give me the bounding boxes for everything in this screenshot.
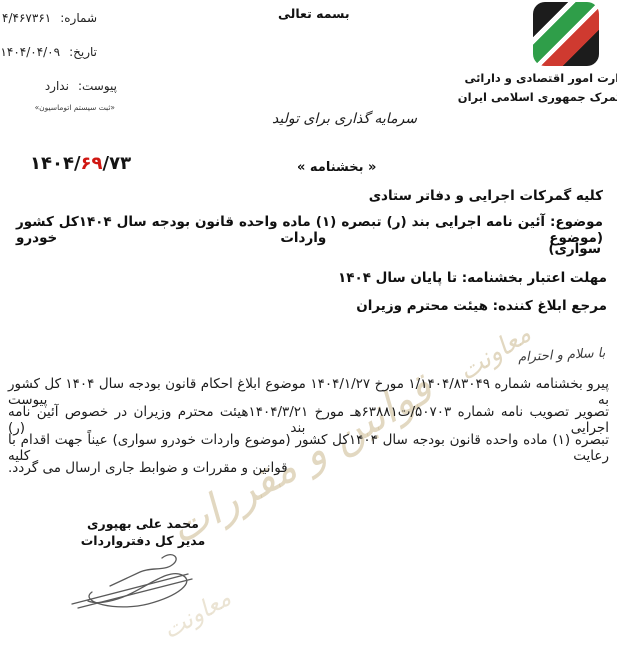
circular-ref-number: ۱۴۰۴/۶۹/۷۳ (30, 153, 131, 174)
doc-attachment-value: ندارد (45, 79, 69, 93)
automation-note: «ثبت سیستم اتوماسیون» (35, 103, 115, 112)
subject-line-1: موضوع: آئین نامه اجرایی بند (ر) تبصره (۱… (16, 214, 603, 246)
slogan-text: سرمایه گذاری برای تولید (272, 111, 417, 127)
doc-date-value: ۱۴۰۴/۰۴/۰۹ (0, 45, 60, 59)
signatory-name: محمد علی بهپوری (78, 516, 208, 531)
customs-name-line: گمرک جمهوری اسلامی ایران (458, 90, 617, 104)
ministry-name-line: وزارت امور اقتصادی و دارائی (464, 71, 617, 85)
doc-number-label: شماره: (60, 11, 97, 25)
doc-date-row: تاریخ:۱۴۰۴/۰۴/۰۹ (0, 45, 97, 59)
circular-document-page: معاونت قوانین و مقررات معاونت شماره:۱۴۰۴… (0, 0, 617, 651)
addressee-line: کلیه گمرکات اجرایی و دفاتر ستادی (369, 188, 603, 204)
doc-attachment-row: پیوست:ندارد (45, 79, 117, 93)
validity-line: مهلت اعتبار بخشنامه: تا پایان سال ۱۴۰۴ (338, 270, 607, 286)
circular-title: « بخشنامه » (297, 160, 376, 175)
bismillah-text: بسمه تعالی (278, 6, 350, 21)
doc-attachment-label: پیوست: (78, 79, 117, 93)
doc-number-value: ۱۴۰۴/۴۶۷۳۶۱ (0, 11, 51, 25)
doc-date-label: تاریخ: (69, 45, 97, 59)
doc-number-row: شماره:۱۴۰۴/۴۶۷۳۶۱ (0, 11, 97, 25)
customs-logo (533, 2, 599, 66)
signatory-title: مدیر کل دفترواردات (78, 533, 208, 548)
signature-scribble (66, 548, 206, 612)
salutation-script: با سلام و احترام (517, 346, 605, 366)
subject-line-2: سواری) (548, 241, 601, 257)
ref-number-part2: /۷۳ (103, 153, 132, 174)
issuer-line: مرجع ابلاغ کننده: هیئت محترم وزیران (356, 298, 607, 314)
ref-number-part1: ۱۴۰۴/ (30, 153, 81, 174)
body-line: قوانین و مقررات و ضوابط جاری ارسال می گر… (8, 460, 288, 476)
ref-number-highlight: ۶۹ (81, 153, 103, 174)
